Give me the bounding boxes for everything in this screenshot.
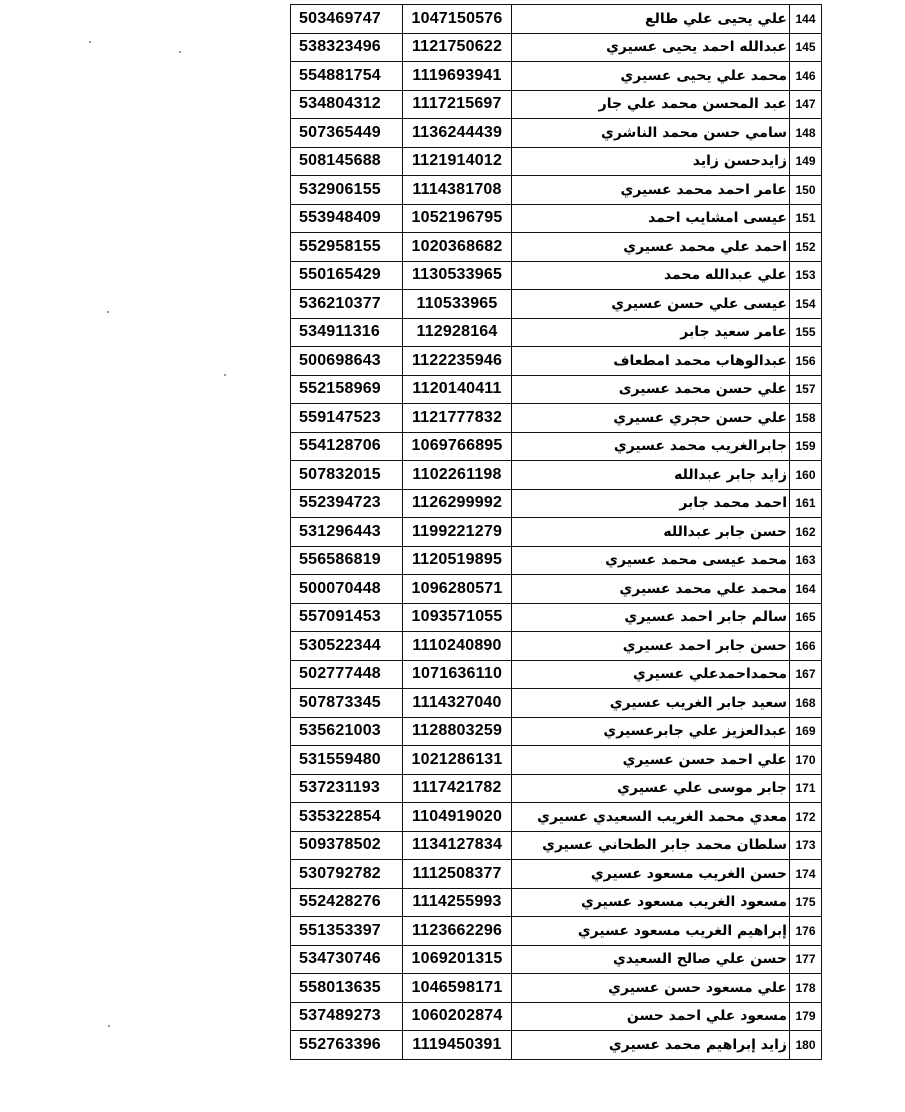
id-number-cell: 1122235946 [403, 347, 512, 376]
table-row: 5372311931117421782جابر موسى علي عسيري17… [291, 774, 822, 803]
phone-cell: 552428276 [291, 888, 403, 917]
id-number-cell: 110533965 [403, 290, 512, 319]
name-cell: سلطان محمد جابر الطحاني عسيري [512, 831, 790, 860]
name-cell: سامي حسن محمد الناشري [512, 119, 790, 148]
table-row: 5523947231126299992احمد محمد جابر161 [291, 489, 822, 518]
name-cell: عبدالعزيز علي جابرعسيري [512, 717, 790, 746]
serial-number-cell: 148 [790, 119, 822, 148]
roster-table-body: 5034697471047150576علي يحيى علي طالع1445… [291, 5, 822, 1060]
id-number-cell: 1119450391 [403, 1031, 512, 1060]
id-number-cell: 1071636110 [403, 660, 512, 689]
phone-cell: 534804312 [291, 90, 403, 119]
name-cell: محمد عيسى محمد عسيري [512, 546, 790, 575]
serial-number-cell: 165 [790, 603, 822, 632]
id-number-cell: 1069201315 [403, 945, 512, 974]
serial-number-cell: 179 [790, 1002, 822, 1031]
id-number-cell: 1119693941 [403, 62, 512, 91]
name-cell: حسن علي صالح السعيدي [512, 945, 790, 974]
id-number-cell: 1121777832 [403, 404, 512, 433]
name-cell: معدي محمد الغريب السعيدي عسيري [512, 803, 790, 832]
phone-cell: 537231193 [291, 774, 403, 803]
serial-number-cell: 150 [790, 176, 822, 205]
name-cell: محمد علي يحيى عسيري [512, 62, 790, 91]
phone-cell: 557091453 [291, 603, 403, 632]
phone-cell: 558013635 [291, 974, 403, 1003]
id-number-cell: 1136244439 [403, 119, 512, 148]
name-cell: حسن جابر عبدالله [512, 518, 790, 547]
name-cell: علي حسن محمد عسيرى [512, 375, 790, 404]
serial-number-cell: 162 [790, 518, 822, 547]
serial-number-cell: 166 [790, 632, 822, 661]
id-number-cell: 1052196795 [403, 204, 512, 233]
serial-number-cell: 147 [790, 90, 822, 119]
name-cell: عبدالوهاب محمد امطعاف [512, 347, 790, 376]
name-cell: مسعود الغريب مسعود عسيري [512, 888, 790, 917]
table-row: 5501654291130533965علي عبدالله محمد153 [291, 261, 822, 290]
serial-number-cell: 164 [790, 575, 822, 604]
phone-cell: 503469747 [291, 5, 403, 34]
id-number-cell: 1117215697 [403, 90, 512, 119]
serial-number-cell: 161 [790, 489, 822, 518]
scan-speck [108, 1025, 110, 1027]
serial-number-cell: 157 [790, 375, 822, 404]
phone-cell: 556586819 [291, 546, 403, 575]
name-cell: عبد المحسن محمد علي جار [512, 90, 790, 119]
serial-number-cell: 152 [790, 233, 822, 262]
table-row: 5006986431122235946عبدالوهاب محمد امطعاف… [291, 347, 822, 376]
serial-number-cell: 151 [790, 204, 822, 233]
phone-cell: 507832015 [291, 461, 403, 490]
id-number-cell: 1130533965 [403, 261, 512, 290]
phone-cell: 538323496 [291, 33, 403, 62]
table-row: 5081456881121914012زايدحسن زايد149 [291, 147, 822, 176]
table-row: 536210377110533965عيسى علي حسن عسيري154 [291, 290, 822, 319]
name-cell: علي عبدالله محمد [512, 261, 790, 290]
id-number-cell: 1114381708 [403, 176, 512, 205]
name-cell: زايد جابر عبدالله [512, 461, 790, 490]
name-cell: محمداحمدعلي عسيري [512, 660, 790, 689]
phone-cell: 534911316 [291, 318, 403, 347]
phone-cell: 552763396 [291, 1031, 403, 1060]
scanned-page: 5034697471047150576علي يحيى علي طالع1445… [0, 0, 905, 1112]
serial-number-cell: 163 [790, 546, 822, 575]
phone-cell: 534730746 [291, 945, 403, 974]
id-number-cell: 1199221279 [403, 518, 512, 547]
id-number-cell: 1060202874 [403, 1002, 512, 1031]
table-row: 5521589691120140411علي حسن محمد عسيرى157 [291, 375, 822, 404]
serial-number-cell: 174 [790, 860, 822, 889]
table-row: 5329061551114381708عامر احمد محمد عسيري1… [291, 176, 822, 205]
id-number-cell: 1104919020 [403, 803, 512, 832]
name-cell: زايدحسن زايد [512, 147, 790, 176]
id-number-cell: 1114255993 [403, 888, 512, 917]
table-row: 5513533971123662296إبراهيم الغريب مسعود … [291, 917, 822, 946]
id-number-cell: 1112508377 [403, 860, 512, 889]
name-cell: زايد إبراهيم محمد عسيري [512, 1031, 790, 1060]
table-row: 5591475231121777832علي حسن حجري عسيري158 [291, 404, 822, 433]
table-row: 5524282761114255993مسعود الغريب مسعود عس… [291, 888, 822, 917]
scan-speck [107, 311, 109, 313]
name-cell: إبراهيم الغريب مسعود عسيري [512, 917, 790, 946]
id-number-cell: 1021286131 [403, 746, 512, 775]
serial-number-cell: 170 [790, 746, 822, 775]
serial-number-cell: 149 [790, 147, 822, 176]
serial-number-cell: 144 [790, 5, 822, 34]
id-number-cell: 1110240890 [403, 632, 512, 661]
phone-cell: 530522344 [291, 632, 403, 661]
table-row: 5541287061069766895جابرالغريب محمد عسيري… [291, 432, 822, 461]
phone-cell: 531296443 [291, 518, 403, 547]
serial-number-cell: 153 [790, 261, 822, 290]
phone-cell: 500070448 [291, 575, 403, 604]
name-cell: محمد علي محمد عسيري [512, 575, 790, 604]
table-row: 5078320151102261198زايد جابر عبدالله160 [291, 461, 822, 490]
serial-number-cell: 167 [790, 660, 822, 689]
id-number-cell: 1096280571 [403, 575, 512, 604]
phone-cell: 532906155 [291, 176, 403, 205]
id-number-cell: 1102261198 [403, 461, 512, 490]
table-row: 5078733451114327040سعيد جابر الغريب عسير… [291, 689, 822, 718]
table-row: 5073654491136244439سامي حسن محمد الناشري… [291, 119, 822, 148]
table-row: 5580136351046598171علي مسعود حسن عسيري17… [291, 974, 822, 1003]
name-cell: احمد محمد جابر [512, 489, 790, 518]
id-number-cell: 1047150576 [403, 5, 512, 34]
phone-cell: 551353397 [291, 917, 403, 946]
phone-cell: 537489273 [291, 1002, 403, 1031]
scan-speck [89, 41, 91, 43]
table-row: 5527633961119450391زايد إبراهيم محمد عسي… [291, 1031, 822, 1060]
table-row: 5027774481071636110محمداحمدعلي عسيري167 [291, 660, 822, 689]
name-cell: جابر موسى علي عسيري [512, 774, 790, 803]
id-number-cell: 1121750622 [403, 33, 512, 62]
phone-cell: 552158969 [291, 375, 403, 404]
name-cell: عبدالله احمد يحيى عسيري [512, 33, 790, 62]
table-row: 5353228541104919020معدي محمد الغريب السع… [291, 803, 822, 832]
id-number-cell: 1134127834 [403, 831, 512, 860]
serial-number-cell: 175 [790, 888, 822, 917]
id-number-cell: 1069766895 [403, 432, 512, 461]
name-cell: علي احمد حسن عسيري [512, 746, 790, 775]
table-row: 5347307461069201315حسن علي صالح السعيدي1… [291, 945, 822, 974]
phone-cell: 554128706 [291, 432, 403, 461]
table-row: 5548817541119693941محمد علي يحيى عسيري14… [291, 62, 822, 91]
name-cell: حسن جابر احمد عسيري [512, 632, 790, 661]
serial-number-cell: 169 [790, 717, 822, 746]
name-cell: عامر احمد محمد عسيري [512, 176, 790, 205]
serial-number-cell: 177 [790, 945, 822, 974]
id-number-cell: 1020368682 [403, 233, 512, 262]
phone-cell: 530792782 [291, 860, 403, 889]
name-cell: علي حسن حجري عسيري [512, 404, 790, 433]
name-cell: عيسى امشايب احمد [512, 204, 790, 233]
table-row: 5315594801021286131علي احمد حسن عسيري170 [291, 746, 822, 775]
phone-cell: 552958155 [291, 233, 403, 262]
id-number-cell: 1114327040 [403, 689, 512, 718]
id-number-cell: 1120519895 [403, 546, 512, 575]
phone-cell: 531559480 [291, 746, 403, 775]
roster-table: 5034697471047150576علي يحيى علي طالع1445… [290, 4, 822, 1060]
id-number-cell: 1128803259 [403, 717, 512, 746]
serial-number-cell: 156 [790, 347, 822, 376]
table-row: 5374892731060202874مسعود علي احمد حسن179 [291, 1002, 822, 1031]
name-cell: حسن الغريب مسعود عسيري [512, 860, 790, 889]
phone-cell: 502777448 [291, 660, 403, 689]
table-row: 5034697471047150576علي يحيى علي طالع144 [291, 5, 822, 34]
phone-cell: 553948409 [291, 204, 403, 233]
phone-cell: 535322854 [291, 803, 403, 832]
id-number-cell: 1117421782 [403, 774, 512, 803]
name-cell: عيسى علي حسن عسيري [512, 290, 790, 319]
phone-cell: 554881754 [291, 62, 403, 91]
table-row: 5307927821112508377حسن الغريب مسعود عسير… [291, 860, 822, 889]
scan-speck [224, 374, 226, 376]
id-number-cell: 112928164 [403, 318, 512, 347]
serial-number-cell: 155 [790, 318, 822, 347]
phone-cell: 536210377 [291, 290, 403, 319]
phone-cell: 500698643 [291, 347, 403, 376]
serial-number-cell: 160 [790, 461, 822, 490]
name-cell: عامر سعيد جابر [512, 318, 790, 347]
phone-cell: 550165429 [291, 261, 403, 290]
serial-number-cell: 145 [790, 33, 822, 62]
name-cell: سعيد جابر الغريب عسيري [512, 689, 790, 718]
table-row: 534911316112928164عامر سعيد جابر155 [291, 318, 822, 347]
name-cell: جابرالغريب محمد عسيري [512, 432, 790, 461]
serial-number-cell: 158 [790, 404, 822, 433]
id-number-cell: 1126299992 [403, 489, 512, 518]
serial-number-cell: 146 [790, 62, 822, 91]
serial-number-cell: 176 [790, 917, 822, 946]
id-number-cell: 1123662296 [403, 917, 512, 946]
table-row: 5305223441110240890حسن جابر احمد عسيري16… [291, 632, 822, 661]
phone-cell: 509378502 [291, 831, 403, 860]
table-row: 5383234961121750622عبدالله احمد يحيى عسي… [291, 33, 822, 62]
name-cell: مسعود علي احمد حسن [512, 1002, 790, 1031]
name-cell: احمد علي محمد عسيري [512, 233, 790, 262]
scan-speck [179, 51, 181, 53]
serial-number-cell: 178 [790, 974, 822, 1003]
name-cell: علي مسعود حسن عسيري [512, 974, 790, 1003]
serial-number-cell: 154 [790, 290, 822, 319]
id-number-cell: 1046598171 [403, 974, 512, 1003]
table-row: 5539484091052196795عيسى امشايب احمد151 [291, 204, 822, 233]
serial-number-cell: 168 [790, 689, 822, 718]
id-number-cell: 1121914012 [403, 147, 512, 176]
phone-cell: 507873345 [291, 689, 403, 718]
phone-cell: 552394723 [291, 489, 403, 518]
serial-number-cell: 172 [790, 803, 822, 832]
phone-cell: 535621003 [291, 717, 403, 746]
serial-number-cell: 171 [790, 774, 822, 803]
serial-number-cell: 173 [790, 831, 822, 860]
table-row: 5565868191120519895محمد عيسى محمد عسيري1… [291, 546, 822, 575]
table-row: 5356210031128803259عبدالعزيز علي جابرعسي… [291, 717, 822, 746]
phone-cell: 559147523 [291, 404, 403, 433]
serial-number-cell: 159 [790, 432, 822, 461]
table-row: 5529581551020368682احمد علي محمد عسيري15… [291, 233, 822, 262]
id-number-cell: 1093571055 [403, 603, 512, 632]
table-row: 5000704481096280571محمد علي محمد عسيري16… [291, 575, 822, 604]
id-number-cell: 1120140411 [403, 375, 512, 404]
table-row: 5312964431199221279حسن جابر عبدالله162 [291, 518, 822, 547]
serial-number-cell: 180 [790, 1031, 822, 1060]
table-row: 5348043121117215697عبد المحسن محمد علي ج… [291, 90, 822, 119]
table-row: 5093785021134127834سلطان محمد جابر الطحا… [291, 831, 822, 860]
name-cell: علي يحيى علي طالع [512, 5, 790, 34]
phone-cell: 508145688 [291, 147, 403, 176]
name-cell: سالم جابر احمد عسيري [512, 603, 790, 632]
table-row: 5570914531093571055سالم جابر احمد عسيري1… [291, 603, 822, 632]
phone-cell: 507365449 [291, 119, 403, 148]
